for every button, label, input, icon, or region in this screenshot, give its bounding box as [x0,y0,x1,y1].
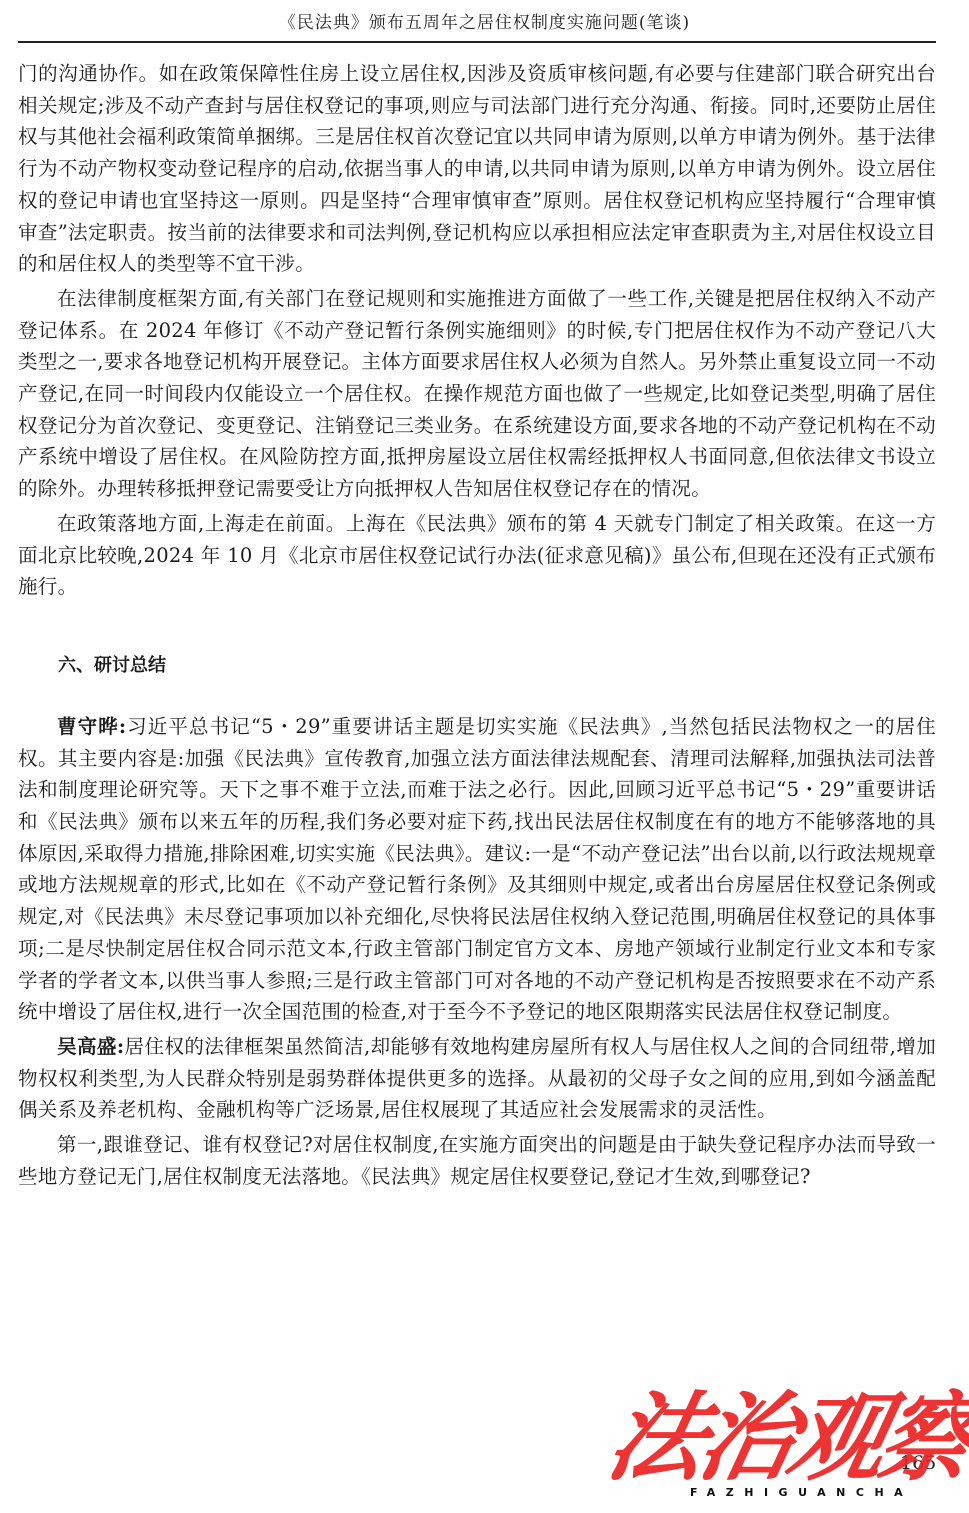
header-divider [18,41,936,43]
section-heading: 六、研讨总结 [18,651,936,677]
article-body: 门的沟通协作。如在政策保障性住房上设立居住权,因涉及资质审核问题,有必要与住建部… [18,58,936,1193]
paragraph-speaker-wu: 吴高盛:居住权的法律框架虽然简洁,却能够有效地构建房屋所有权人与居住权人之间的合… [18,1031,936,1126]
page-number: 165 [900,1452,936,1474]
speaker-name: 吴高盛: [57,1035,124,1058]
paragraph: 第一,跟谁登记、谁有权登记?对居住权制度,在实施方面突出的问题是由于缺失登记程序… [18,1129,936,1192]
speaker-name: 曹守晔: [57,715,126,738]
paragraph: 在法律制度框架方面,有关部门在登记规则和实施推进方面做了一些工作,关键是把居住权… [18,283,936,505]
paragraph-text: 居住权的法律框架虽然简洁,却能够有效地构建房屋所有权人与居住权人之间的合同纽带,… [18,1035,936,1121]
paragraph: 门的沟通协作。如在政策保障性住房上设立居住权,因涉及资质审核问题,有必要与住建部… [18,58,936,280]
running-header: 《民法典》颁布五周年之居住权制度实施问题(笔谈) [0,8,969,33]
paragraph-speaker-cao: 曹守晔:习近平总书记“5・29”重要讲话主题是切实实施《民法典》,当然包括民法物… [18,711,936,1028]
watermark-logo-text: 法治观察 [597,1362,969,1499]
watermark-subtitle: FAZHIGUANCHA [690,1486,913,1499]
paragraph-text: 习近平总书记“5・29”重要讲话主题是切实实施《民法典》,当然包括民法物权之一的… [18,715,936,1023]
paragraph: 在政策落地方面,上海走在前面。上海在《民法典》颁布的第 4 天就专门制定了相关政… [18,508,936,603]
